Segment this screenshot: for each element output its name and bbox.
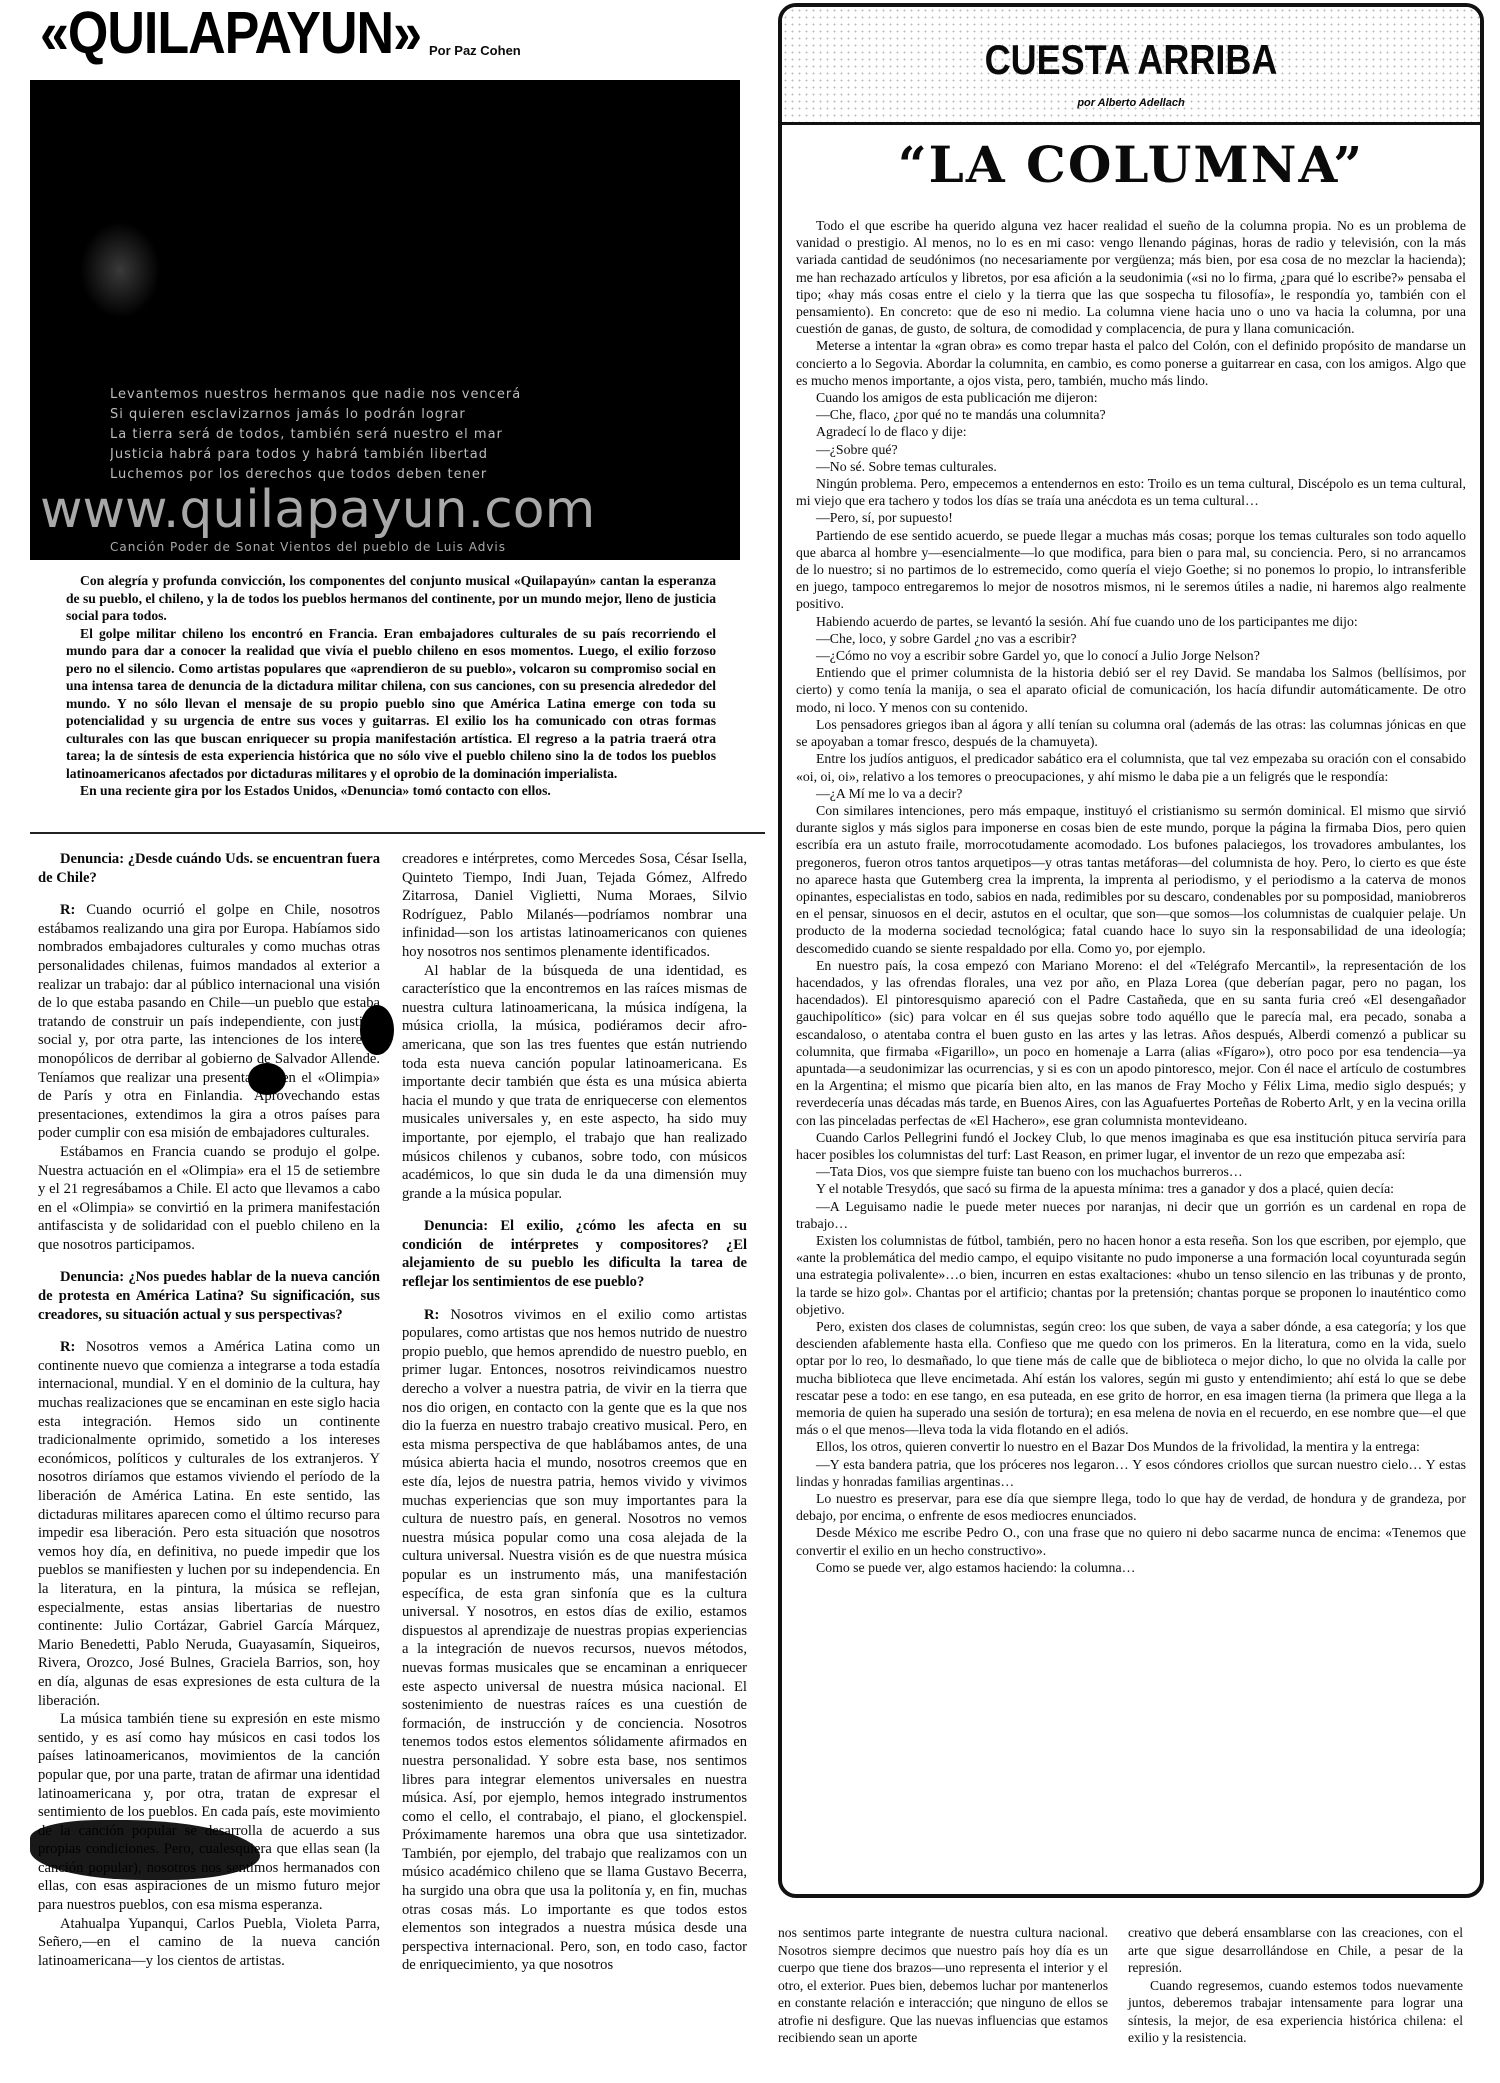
watermark: www.quilapayun.com bbox=[40, 480, 595, 540]
interview-answer: R: Nosotros vemos a América Latina como … bbox=[38, 1338, 380, 1710]
intro-paragraph: En una reciente gira por los Estados Uni… bbox=[66, 782, 716, 800]
interview-question: Denuncia: ¿Desde cuándo Uds. se encuentr… bbox=[38, 850, 380, 887]
answer-label: R: bbox=[60, 1339, 75, 1355]
interview-column-3: nos sentimos parte integrante de nuestra… bbox=[778, 1924, 1108, 2047]
column-paragraph: Meterse a intentar la «gran obra» es com… bbox=[796, 337, 1466, 389]
interview-column-1: Denuncia: ¿Desde cuándo Uds. se encuentr… bbox=[38, 850, 380, 1970]
article-byline: Por Paz Cohen bbox=[429, 43, 521, 58]
column-paragraph: Cuando los amigos de esta publicación me… bbox=[796, 389, 1466, 406]
column-kicker: CUESTA ARRIBA bbox=[782, 36, 1480, 84]
column-title: “LA COLUMNA” bbox=[782, 135, 1480, 194]
band-photo: Levantemos nuestros hermanos que nadie n… bbox=[30, 80, 740, 560]
dialogue-line: —¿A Mí me lo va a decir? bbox=[796, 785, 1466, 802]
dialogue-line: —¿Sobre qué? bbox=[796, 441, 1466, 458]
article-intro: Con alegría y profunda convicción, los c… bbox=[66, 572, 716, 800]
interview-answer: R: Nosotros vivimos en el exilio como ar… bbox=[402, 1306, 747, 1975]
lyric-line: Si quieren esclavizarnos jamás lo podrán… bbox=[110, 405, 670, 425]
intro-paragraph: Con alegría y profunda convicción, los c… bbox=[66, 572, 716, 625]
photo-caption: Canción Poder de Sonat Vientos del puebl… bbox=[110, 540, 506, 554]
dialogue-line: —Y esta bandera patria, que los próceres… bbox=[796, 1456, 1466, 1490]
dialogue-line: —¿Cómo no voy a escribir sobre Gardel yo… bbox=[796, 647, 1466, 664]
quilapayun-article: «QUILAPAYUN» Por Paz Cohen Levantemos nu… bbox=[30, 0, 765, 2083]
lyric-line: La tierra será de todos, también será nu… bbox=[110, 425, 670, 445]
interview-answer: Estábamos en Francia cuando se produjo e… bbox=[38, 1143, 380, 1255]
section-divider bbox=[30, 832, 765, 834]
column-paragraph: Pero, existen dos clases de columnistas,… bbox=[796, 1318, 1466, 1438]
interview-answer: creativo que deberá ensamblarse con las … bbox=[1128, 1924, 1463, 1977]
column-paragraph: Cuando Carlos Pellegrini fundó el Jockey… bbox=[796, 1129, 1466, 1163]
ink-smudge bbox=[360, 1005, 394, 1055]
interview-answer: Cuando regresemos, cuando estemos todos … bbox=[1128, 1977, 1463, 2047]
column-paragraph: Lo nuestro es preservar, para ese día qu… bbox=[796, 1490, 1466, 1524]
dialogue-line: —Pero, sí, por supuesto! bbox=[796, 509, 1466, 526]
answer-label: R: bbox=[424, 1307, 439, 1323]
column-paragraph: Habiendo acuerdo de partes, se levantó l… bbox=[796, 613, 1466, 630]
dialogue-line: —Che, flaco, ¿por qué no te mandás una c… bbox=[796, 406, 1466, 423]
column-paragraph: Agradecí lo de flaco y dije: bbox=[796, 423, 1466, 440]
column-paragraph: Como se puede ver, algo estamos haciendo… bbox=[796, 1559, 1466, 1576]
dialogue-line: —Che, loco, y sobre Gardel ¿no vas a esc… bbox=[796, 630, 1466, 647]
lyric-line: Justicia habrá para todos y habrá tambié… bbox=[110, 445, 670, 465]
interview-column-2: creadores e intérpretes, como Mercedes S… bbox=[402, 850, 747, 1975]
article-title: «QUILAPAYUN» bbox=[40, 0, 421, 68]
interview-answer: creadores e intérpretes, como Mercedes S… bbox=[402, 850, 747, 962]
column-paragraph: Con similares intenciones, pero más empa… bbox=[796, 802, 1466, 957]
column-paragraph: Y el notable Tresydós, que sacó su firma… bbox=[796, 1180, 1466, 1197]
interview-answer: Atahualpa Yupanqui, Carlos Puebla, Viole… bbox=[38, 1915, 380, 1971]
column-body: Todo el que escribe ha querido alguna ve… bbox=[796, 217, 1466, 1576]
answer-label: R: bbox=[60, 902, 75, 918]
column-paragraph: Ellos, los otros, quieren convertir lo n… bbox=[796, 1438, 1466, 1455]
dialogue-line: —No sé. Sobre temas culturales. bbox=[796, 458, 1466, 475]
column-paragraph: Entiendo que el primer columnista de la … bbox=[796, 664, 1466, 716]
column-paragraph: Entre los judíos antiguos, el predicador… bbox=[796, 750, 1466, 784]
interview-question: Denuncia: ¿Nos puedes hablar de la nueva… bbox=[38, 1268, 380, 1324]
interview-answer: La música también tiene su expresión en … bbox=[38, 1710, 380, 1915]
dialogue-line: —Tata Dios, vos que siempre fuiste tan b… bbox=[796, 1163, 1466, 1180]
column-paragraph: En nuestro país, la cosa empezó con Mari… bbox=[796, 957, 1466, 1129]
interview-question: Denuncia: El exilio, ¿cómo les afecta en… bbox=[402, 1217, 747, 1291]
column-paragraph: Los pensadores griegos iban al ágora y a… bbox=[796, 716, 1466, 750]
lyric-line: Levantemos nuestros hermanos que nadie n… bbox=[110, 385, 670, 405]
column-paragraph: Todo el que escribe ha querido alguna ve… bbox=[796, 217, 1466, 337]
article-header: «QUILAPAYUN» Por Paz Cohen bbox=[40, 8, 521, 68]
column-paragraph: Partiendo de ese sentido acuerdo, se pue… bbox=[796, 527, 1466, 613]
column-paragraph: Ningún problema. Pero, empecemos a enten… bbox=[796, 475, 1466, 509]
column-header: CUESTA ARRIBA por Alberto Adellach bbox=[782, 7, 1480, 125]
interview-answer: Al hablar de la búsqueda de una identida… bbox=[402, 962, 747, 1204]
interview-column-4: creativo que deberá ensamblarse con las … bbox=[1128, 1924, 1463, 2047]
interview-answer: R: Cuando ocurrió el golpe en Chile, nos… bbox=[38, 901, 380, 1143]
ink-smudge bbox=[248, 1063, 286, 1095]
column-paragraph: Desde México me escribe Pedro O., con un… bbox=[796, 1524, 1466, 1558]
column-paragraph: Existen los columnistas de fútbol, tambi… bbox=[796, 1232, 1466, 1318]
column-byline: por Alberto Adellach bbox=[782, 97, 1480, 109]
intro-paragraph: El golpe militar chileno los encontró en… bbox=[66, 625, 716, 783]
cuesta-arriba-column: CUESTA ARRIBA por Alberto Adellach “LA C… bbox=[778, 3, 1484, 1898]
interview-answer: nos sentimos parte integrante de nuestra… bbox=[778, 1924, 1108, 2047]
photo-lyrics: Levantemos nuestros hermanos que nadie n… bbox=[110, 385, 670, 485]
dialogue-line: —A Leguisamo nadie le puede meter nueces… bbox=[796, 1198, 1466, 1232]
